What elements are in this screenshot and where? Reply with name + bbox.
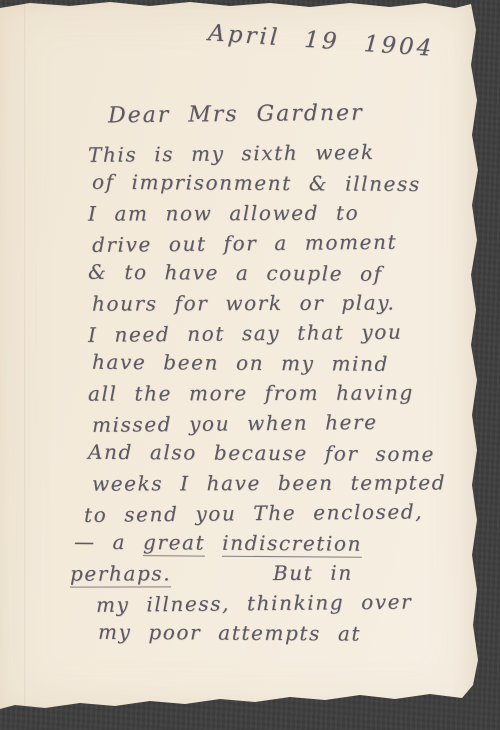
line-text: my poor attempts at <box>98 620 361 646</box>
line-text: drive out for a moment <box>92 230 397 257</box>
letter-date: April 19 1904 <box>207 20 435 62</box>
line-text: to send you The enclosed, <box>84 499 423 527</box>
letter-line: my illness, thinking over <box>96 586 452 620</box>
line-text: have been on my mind <box>92 350 389 376</box>
line-text: & to have a couple of <box>88 260 383 286</box>
line-text: I need not say that you <box>88 320 403 347</box>
letter-line: I am now allowed to <box>88 197 452 228</box>
line-text: — a <box>74 530 143 554</box>
letter-line: of imprisonment & illness <box>92 167 452 200</box>
letter-body: This is my sixth weekof imprisonment & i… <box>88 138 452 648</box>
page-fold-crease <box>24 0 27 712</box>
line-text: And also because for some <box>88 440 435 466</box>
line-text: my illness, thinking over <box>96 590 412 617</box>
line-text: hours for work or play. <box>92 291 396 316</box>
letter-page: April 19 1904 Dear Mrs Gardner This is m… <box>0 0 478 712</box>
line-text: This is my sixth week <box>88 140 375 167</box>
line-text: missed you when here <box>92 410 378 437</box>
letter-line: — a great indiscretion <box>74 527 452 560</box>
underlined-word: great <box>143 530 205 556</box>
letter-line: & to have a couple of <box>88 257 452 290</box>
photo-background: April 19 1904 Dear Mrs Gardner This is m… <box>0 0 500 730</box>
letter-line: And also because for some <box>88 437 452 470</box>
letter-line: missed you when here <box>92 406 452 440</box>
line-text: all the more from having <box>88 380 414 405</box>
letter-line: drive out for a moment <box>92 226 452 260</box>
line-text: of imprisonment & illness <box>92 170 421 196</box>
line-text: weeks I have been tempted <box>92 470 446 495</box>
letter-line: perhaps. But in <box>70 557 452 588</box>
line-text: I am now allowed to <box>88 201 359 226</box>
underlined-word: perhaps. <box>70 561 171 587</box>
letter-salutation: Dear Mrs Gardner <box>108 101 364 129</box>
underlined-word: indiscretion <box>222 531 362 558</box>
letter-line: have been on my mind <box>92 347 452 380</box>
line-text <box>205 531 222 555</box>
letter-line: to send you The enclosed, <box>84 496 452 530</box>
letter-line: I need not say that you <box>88 316 452 350</box>
letter-line: This is my sixth week <box>88 136 452 170</box>
letter-line: my poor attempts at <box>98 617 452 649</box>
letter-line: hours for work or play. <box>92 287 452 318</box>
letter-line: all the more from having <box>88 377 452 408</box>
letter-line: weeks I have been tempted <box>92 467 452 498</box>
line-text: But in <box>171 561 353 586</box>
